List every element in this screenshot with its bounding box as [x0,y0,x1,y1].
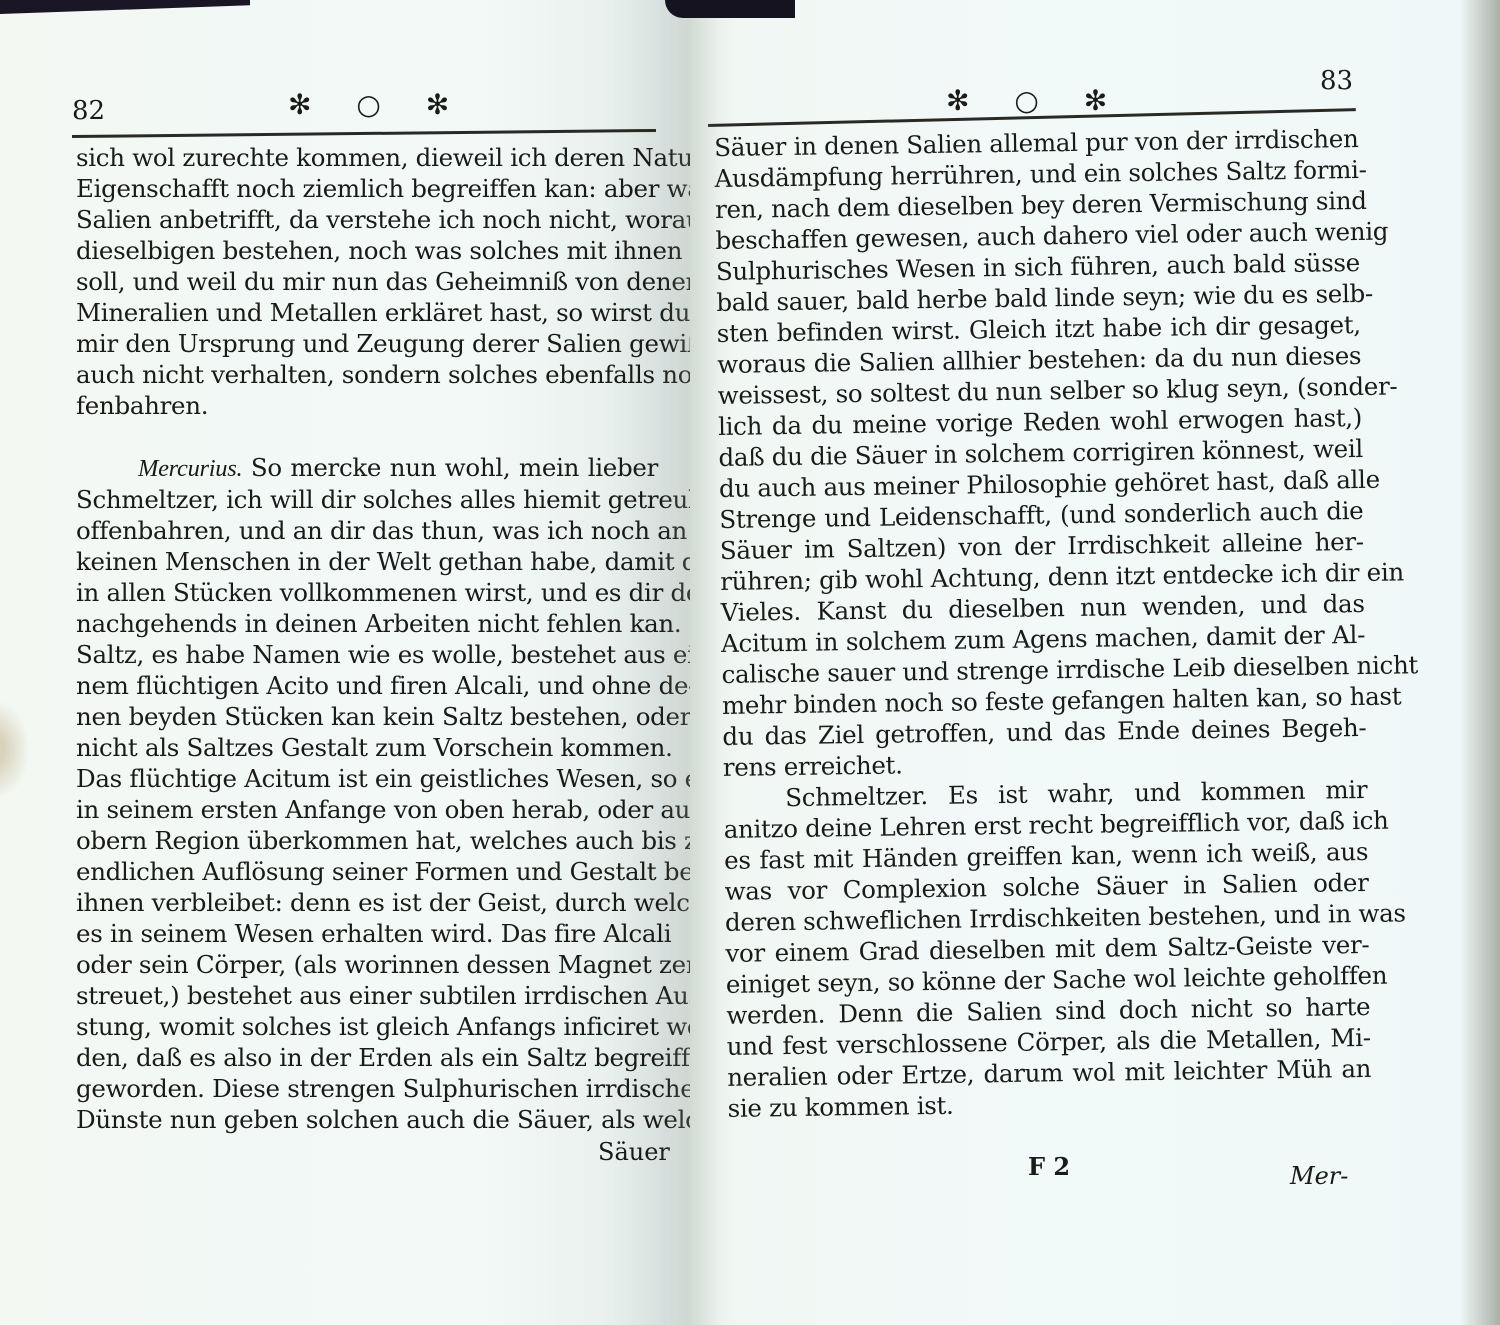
text-line: auch nicht verhalten, sondern solches eb… [76,359,658,390]
text-line: fenbahren. [76,390,658,421]
page-number: 83 [1320,66,1353,96]
text-line: sich wol zurechte kommen, dieweil ich de… [76,142,658,173]
speaker-text: So mercke nun wohl, mein lieber [242,453,658,482]
text-line: ihnen verbleibet: denn es ist der Geist,… [76,887,658,918]
thumb-shadow [0,700,30,800]
right-text-block: Säuer in denen Salien allemal pur von de… [714,123,1372,1124]
text-line: soll, und weil du mir nun das Geheimniß … [76,266,658,297]
signature-mark: F 2 [1028,1152,1070,1181]
binding-shadow [665,0,795,18]
text-line: keinen Menschen in der Welt gethan habe,… [76,546,658,577]
catchword: Mer- [1290,1162,1348,1190]
text-line: stung, womit solches ist gleich Anfangs … [76,1011,658,1042]
right-page: 83 ✻ ○ ✻ Säuer in denen Salien allemal p… [690,0,1500,1325]
text-line: Eigenschafft noch ziemlich begreiffen ka… [76,173,658,204]
text-line: den, daß es also in der Erden als ein Sa… [76,1042,658,1073]
left-ornament: ✻ ○ ✻ [288,88,467,121]
text-line: nicht als Saltzes Gestalt zum Vorschein … [76,732,658,763]
text-line: Saltz, es habe Namen wie es wolle, beste… [76,639,658,670]
page-number: 82 [72,96,105,126]
text-line: in seinem ersten Anfange von oben herab,… [76,794,658,825]
text-line: dieselbigen bestehen, noch was solches m… [76,235,658,266]
text-line: streuet,) bestehet aus einer subtilen ir… [76,980,658,1011]
text-line: mir den Ursprung und Zeugung derer Salie… [76,328,658,359]
text-line: Dünste nun geben solchen auch die Säuer,… [76,1104,658,1135]
header-rule [72,129,656,138]
text-line: geworden. Diese strengen Sulphurischen i… [76,1073,658,1104]
speaker-name: Mercurius. [138,455,242,482]
paragraph-gap [76,421,658,452]
text-line: Salien anbetrifft, da verstehe ich noch … [76,204,658,235]
text-line: es in seinem Wesen erhalten wird. Das fi… [76,918,658,949]
text-line: Schmeltzer, ich will dir solches alles h… [76,484,658,515]
text-line: Das flüchtige Acitum ist ein geistliches… [76,763,658,794]
right-page-header: 83 [1320,66,1353,96]
text-line: obern Region überkommen hat, welches auc… [76,825,658,856]
text-line: endlichen Auflösung seiner Formen und Ge… [76,856,658,887]
text-line: Mineralien und Metallen erkläret hast, s… [76,297,658,328]
asterism-ornament-icon: ✻ ○ ✻ [288,88,467,121]
text-line: oder sein Cörper, (als worinnen dessen M… [76,949,658,980]
right-ornament: ✻ ○ ✻ [946,84,1125,117]
text-line: nachgehends in deinen Arbeiten nicht feh… [76,608,658,639]
text-line: in allen Stücken vollkommenen wirst, und… [76,577,658,608]
asterism-ornament-icon: ✻ ○ ✻ [946,84,1125,117]
text-line: nem flüchtigen Acito und firen Alcali, u… [76,670,658,701]
left-text-block: sich wol zurechte kommen, dieweil ich de… [76,142,658,1135]
text-line: nen beyden Stücken kan kein Saltz besteh… [76,701,658,732]
speaker-line: Mercurius. So mercke nun wohl, mein lieb… [76,452,658,484]
text-line: offenbahren, und an dir das thun, was ic… [76,515,658,546]
left-page: 82 ✻ ○ ✻ sich wol zurechte kommen, diewe… [0,0,690,1325]
book-gutter [660,0,720,1325]
left-page-header: 82 [72,96,105,126]
book-spread: 82 ✻ ○ ✻ sich wol zurechte kommen, diewe… [0,0,1500,1325]
